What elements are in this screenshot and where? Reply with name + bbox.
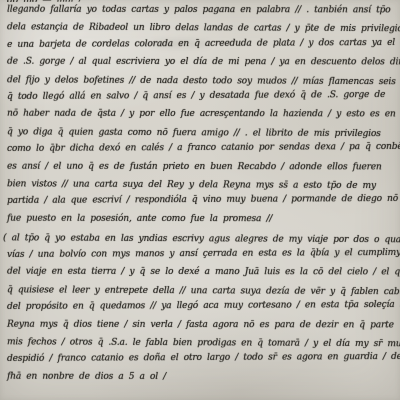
manuscript-line: q̄ todo llegó allá en salvo / q̄ ansí es… [7,87,397,106]
manuscript-line: del propósito en q̄ quedamos // ya llegó… [7,297,397,316]
manuscript-scan: dō fhō — mgī / llegando fallaría yo toda… [0,0,400,400]
manuscript-line: Reyna mys q̄ dios tiene / sin verla / fa… [7,316,397,334]
manuscript-line: es ansí / el uno q̄ es de fustán prieto … [7,158,397,176]
manuscript-line: llegando fallaría yo todas cartas y palo… [7,2,397,20]
manuscript-line: nō haber nada de q̄sta / y por ello fue … [7,106,397,124]
manuscript-line: partida / ala que escriví / respondióla … [7,191,397,210]
manuscript-line: de .S. gorge / al qual escriviera yo el … [7,54,397,72]
manuscript-line: como lo q̄br dicha dexó en calés / a fra… [7,139,397,158]
manuscript-line: vías / una bolvío con mys manos y ansí ç… [7,245,397,264]
manuscript-line: despidió / franco catanio es doña el otr… [7,349,397,368]
manuscript-line-paragraph-end: fue puesto en la posesión, ante como fue… [7,210,397,228]
manuscript-line-clipped-bottom: fhā en nonbre de dios a 5 a ol / [7,368,397,386]
manuscript-line: e una barjeta de cordelas colorada en q̄… [7,35,397,54]
manuscript-line: del viaje en esta tierra / y q̄ se lo de… [7,264,397,282]
manuscript-page: dō fhō — mgī / llegando fallaría yo toda… [7,0,397,400]
